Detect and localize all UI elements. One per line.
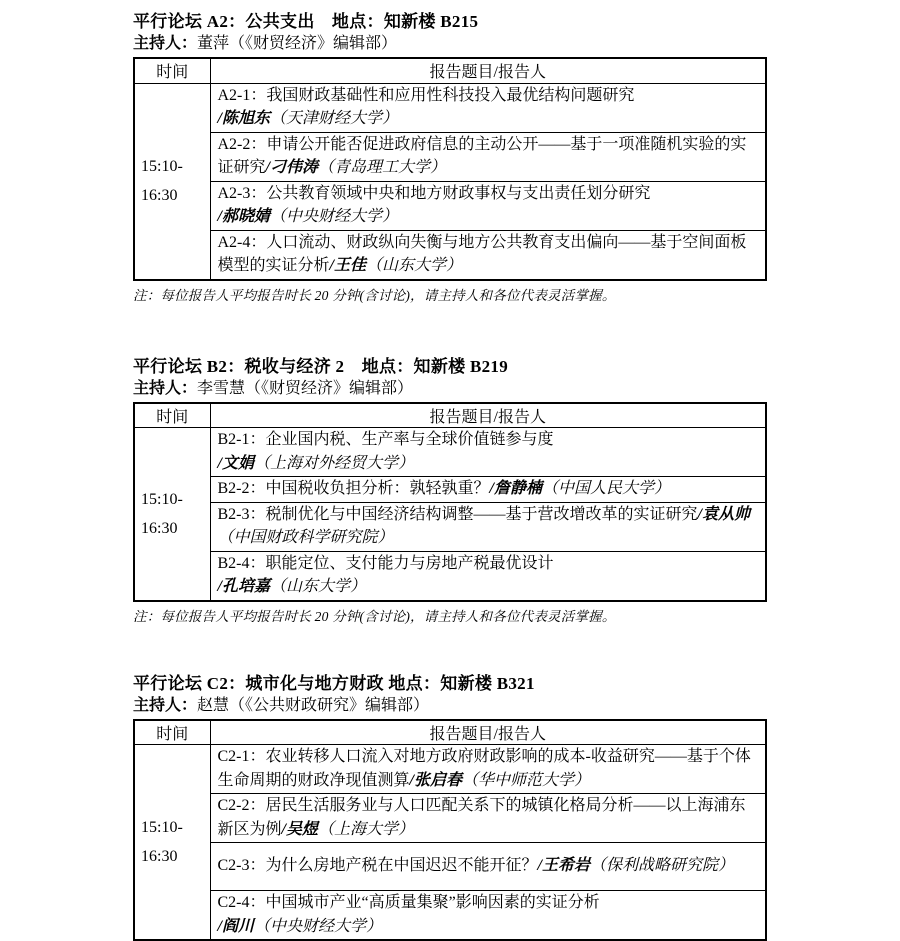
presenter-name: /詹静楠 <box>490 480 542 497</box>
presenter-name: /文娟 <box>218 455 254 472</box>
presenter-affiliation: （中国人民大学） <box>542 480 670 497</box>
time-start: 15:10- <box>141 485 210 514</box>
presenter-name: /吴煜 <box>282 821 318 838</box>
table-header-row: 时间 报告题目/报告人 <box>134 720 766 745</box>
presenter-name: /孔培嘉 <box>218 578 270 595</box>
schedule-table-c2: 时间 报告题目/报告人 15:10- 16:30 C2-1：农业转移人口流入对地… <box>133 719 767 925</box>
table-header-row: 时间 报告题目/报告人 <box>134 58 766 83</box>
table-header-row: 时间 报告题目/报告人 <box>134 403 766 428</box>
report-title: C2-4：中国城市产业“高质量集聚”影响因素的实证分析 <box>218 894 600 911</box>
presenter-affiliation: （上海对外经贸大学） <box>254 455 414 472</box>
forum-section-c2: 平行论坛 C2：城市化与地方财政 地点：知新楼 B321 主持人：赵慧（《公共财… <box>133 672 767 925</box>
report-cell: A2-2：申请公开能否促进政府信息的主动公开——基于一项准随机实验的实证研究/刁… <box>210 132 766 181</box>
presenter-name: /张启春 <box>410 772 462 789</box>
report-cell: A2-3：公共教育领域中央和地方财政事权与支出责任划分研究/郝晓婧（中央财经大学… <box>210 181 766 230</box>
column-header-time: 时间 <box>134 720 210 745</box>
report-cell: C2-3：为什么房地产税在中国迟迟不能开征？/王希岩（保利战略研究院） <box>210 843 766 891</box>
report-title: B2-2：中国税收负担分析：孰轻孰重？ <box>218 480 490 497</box>
table-row: C2-3：为什么房地产税在中国迟迟不能开征？/王希岩（保利战略研究院） <box>134 843 766 891</box>
presenter-affiliation: （天津财经大学） <box>270 110 398 127</box>
host-label: 主持人： <box>133 380 197 397</box>
forum-b2-note: 注：每位报告人平均报告时长 20 分钟(含讨论)，请主持人和各位代表灵活掌握。 <box>133 608 767 626</box>
presenter-affiliation: （保利战略研究院） <box>590 857 734 874</box>
column-header-report: 报告题目/报告人 <box>210 58 766 83</box>
host-name: 李雪慧（《财贸经济》编辑部） <box>197 380 413 397</box>
table-row: B2-3：税制优化与中国经济结构调整——基于营改增改革的实证研究/袁从帅（中国财… <box>134 502 766 551</box>
presenter-affiliation: （上海大学） <box>318 821 414 838</box>
report-cell: B2-4：职能定位、支付能力与房地产税最优设计/孔培嘉（山东大学） <box>210 551 766 601</box>
forum-a2-title: 平行论坛 A2：公共支出 地点：知新楼 B215 <box>133 10 767 33</box>
time-start: 15:10- <box>141 152 210 181</box>
report-cell: B2-1：企业国内税、生产率与全球价值链参与度/文娟（上海对外经贸大学） <box>210 428 766 477</box>
schedule-table-b2: 时间 报告题目/报告人 15:10- 16:30 B2-1：企业国内税、生产率与… <box>133 402 767 602</box>
forum-a2-note: 注：每位报告人平均报告时长 20 分钟(含讨论)，请主持人和各位代表灵活掌握。 <box>133 287 767 305</box>
report-cell: A2-4：人口流动、财政纵向失衡与地方公共教育支出偏向——基于空间面板模型的实证… <box>210 230 766 280</box>
presenter-affiliation: （中国财政科学研究院） <box>218 529 394 546</box>
presenter-affiliation: （山东大学） <box>270 578 366 595</box>
report-cell: A2-1：我国财政基础性和应用性科技投入最优结构问题研究/陈旭东（天津财经大学） <box>210 83 766 132</box>
presenter-name: /王佳 <box>330 257 366 274</box>
report-title: B2-3：税制优化与中国经济结构调整——基于营改增改革的实证研究 <box>218 506 698 523</box>
time-end: 16:30 <box>141 181 210 210</box>
report-title: A2-1：我国财政基础性和应用性科技投入最优结构问题研究 <box>218 87 635 104</box>
conference-program-page: 平行论坛 A2：公共支出 地点：知新楼 B215 主持人：董萍（《财贸经济》编辑… <box>133 10 767 924</box>
forum-section-a2: 平行论坛 A2：公共支出 地点：知新楼 B215 主持人：董萍（《财贸经济》编辑… <box>133 10 767 305</box>
presenter-name: /阎川 <box>218 918 254 925</box>
table-row: 15:10- 16:30 C2-1：农业转移人口流入对地方政府财政影响的成本-收… <box>134 745 766 794</box>
time-cell: 15:10- 16:30 <box>134 428 210 601</box>
forum-c2-host-line: 主持人：赵慧（《公共财政研究》编辑部） <box>133 695 767 717</box>
forum-c2-title: 平行论坛 C2：城市化与地方财政 地点：知新楼 B321 <box>133 672 767 695</box>
table-row: A2-4：人口流动、财政纵向失衡与地方公共教育支出偏向——基于空间面板模型的实证… <box>134 230 766 280</box>
presenter-affiliation: （中央财经大学） <box>270 208 398 225</box>
table-row: A2-3：公共教育领域中央和地方财政事权与支出责任划分研究/郝晓婧（中央财经大学… <box>134 181 766 230</box>
report-cell: C2-1：农业转移人口流入对地方政府财政影响的成本-收益研究——基于个体生命周期… <box>210 745 766 794</box>
presenter-name: /郝晓婧 <box>218 208 270 225</box>
table-row: 15:10- 16:30 B2-1：企业国内税、生产率与全球价值链参与度/文娟（… <box>134 428 766 477</box>
forum-b2-host-line: 主持人：李雪慧（《财贸经济》编辑部） <box>133 378 767 400</box>
presenter-affiliation: （中央财经大学） <box>254 918 382 925</box>
table-row: C2-4：中国城市产业“高质量集聚”影响因素的实证分析/阎川（中央财经大学） <box>134 891 766 925</box>
presenter-affiliation: （山东大学） <box>366 257 462 274</box>
time-end: 16:30 <box>141 842 210 871</box>
column-header-report: 报告题目/报告人 <box>210 720 766 745</box>
presenter-affiliation: （青岛理工大学） <box>318 159 446 176</box>
report-cell: C2-2：居民生活服务业与人口匹配关系下的城镇化格局分析——以上海浦东新区为例/… <box>210 794 766 843</box>
column-header-time: 时间 <box>134 58 210 83</box>
table-row: C2-2：居民生活服务业与人口匹配关系下的城镇化格局分析——以上海浦东新区为例/… <box>134 794 766 843</box>
column-header-report: 报告题目/报告人 <box>210 403 766 428</box>
forum-a2-host-line: 主持人：董萍（《财贸经济》编辑部） <box>133 33 767 55</box>
forum-b2-title: 平行论坛 B2：税收与经济 2 地点：知新楼 B219 <box>133 355 767 378</box>
presenter-affiliation: （华中师范大学） <box>462 772 590 789</box>
column-header-time: 时间 <box>134 403 210 428</box>
report-title: B2-1：企业国内税、生产率与全球价值链参与度 <box>218 431 554 448</box>
table-row: 15:10- 16:30 A2-1：我国财政基础性和应用性科技投入最优结构问题研… <box>134 83 766 132</box>
host-label: 主持人： <box>133 35 197 52</box>
schedule-table-a2: 时间 报告题目/报告人 15:10- 16:30 A2-1：我国财政基础性和应用… <box>133 57 767 281</box>
time-end: 16:30 <box>141 514 210 543</box>
report-title: C2-3：为什么房地产税在中国迟迟不能开征？ <box>218 857 538 874</box>
report-cell: B2-2：中国税收负担分析：孰轻孰重？/詹静楠（中国人民大学） <box>210 477 766 503</box>
table-row: A2-2：申请公开能否促进政府信息的主动公开——基于一项准随机实验的实证研究/刁… <box>134 132 766 181</box>
host-label: 主持人： <box>133 697 197 714</box>
table-row: B2-4：职能定位、支付能力与房地产税最优设计/孔培嘉（山东大学） <box>134 551 766 601</box>
report-title: A2-4：人口流动、财政纵向失衡与地方公共教育支出偏向——基于空间面板模型的实证… <box>218 234 747 275</box>
forum-section-b2: 平行论坛 B2：税收与经济 2 地点：知新楼 B219 主持人：李雪慧（《财贸经… <box>133 355 767 626</box>
time-start: 15:10- <box>141 813 210 842</box>
presenter-name: /刁伟涛 <box>266 159 318 176</box>
host-name: 赵慧（《公共财政研究》编辑部） <box>197 697 429 714</box>
presenter-name: /王希岩 <box>538 857 590 874</box>
presenter-name: /陈旭东 <box>218 110 270 127</box>
presenter-name: /袁从帅 <box>698 506 750 523</box>
report-cell: C2-4：中国城市产业“高质量集聚”影响因素的实证分析/阎川（中央财经大学） <box>210 891 766 925</box>
report-cell: B2-3：税制优化与中国经济结构调整——基于营改增改革的实证研究/袁从帅（中国财… <box>210 502 766 551</box>
time-cell: 15:10- 16:30 <box>134 83 210 280</box>
table-row: B2-2：中国税收负担分析：孰轻孰重？/詹静楠（中国人民大学） <box>134 477 766 503</box>
time-cell: 15:10- 16:30 <box>134 745 210 925</box>
report-title: A2-3：公共教育领域中央和地方财政事权与支出责任划分研究 <box>218 185 651 202</box>
host-name: 董萍（《财贸经济》编辑部） <box>197 35 397 52</box>
report-title: B2-4：职能定位、支付能力与房地产税最优设计 <box>218 555 554 572</box>
